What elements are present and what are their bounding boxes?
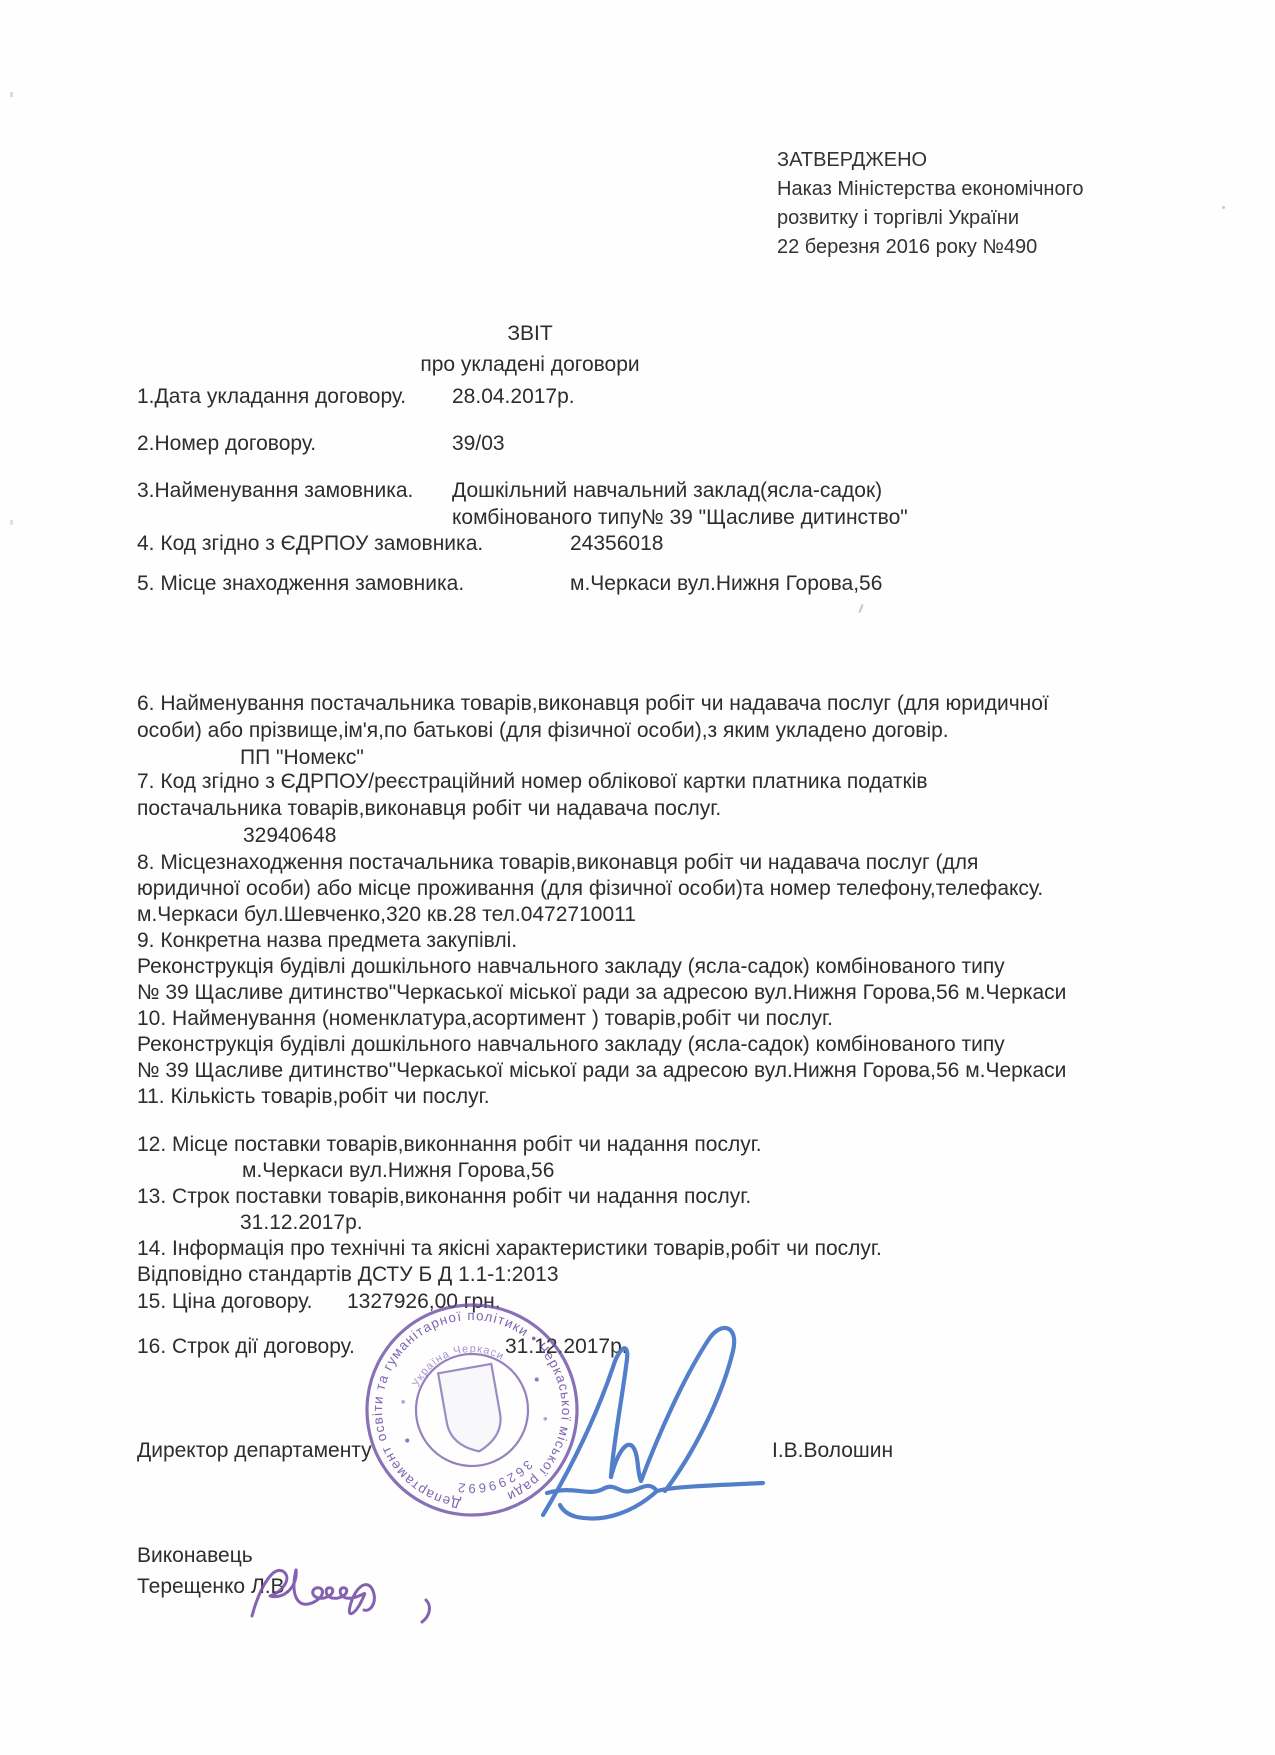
item-6-line: особи) або прізвище,ім'я,по батькові (дл… — [137, 718, 949, 744]
item-1-label: 1.Дата укладання договору. — [137, 384, 406, 410]
item-9-line: № 39 Щасливе дитинство"Черкаської місько… — [137, 980, 1066, 1006]
item-4-label: 4. Код згідно з ЄДРПОУ замовника. — [137, 531, 483, 557]
item-14-label: 14. Інформація про технічні та якісні ха… — [137, 1236, 882, 1262]
scanned-report-page: ЗАТВЕРДЖЕНО Наказ Міністерства економічн… — [0, 0, 1275, 1755]
item-11-label: 11. Кількість товарів,робіт чи послуг. — [137, 1084, 490, 1110]
director-signature-ink — [525, 1315, 785, 1530]
document-subtitle: про укладені договори — [280, 349, 780, 380]
item-4-value: 24356018 — [570, 531, 663, 557]
item-3-value-line: Дошкільний навчальний заклад(ясла-садок) — [452, 478, 882, 504]
item-9-line: Реконструкція будівлі дошкільного навчал… — [137, 954, 1005, 980]
stamp-dot — [401, 1400, 406, 1405]
item-13-value: 31.12.2017р. — [240, 1210, 363, 1236]
scan-artifact — [858, 604, 863, 613]
document-title: ЗВІТ — [280, 318, 780, 349]
item-10-line: 10. Найменування (номенклатура,асортимен… — [137, 1006, 833, 1032]
approval-block: ЗАТВЕРДЖЕНО Наказ Міністерства економічн… — [777, 146, 1084, 262]
item-1-value: 28.04.2017р. — [452, 384, 575, 410]
item-5-label: 5. Місце знаходження замовника. — [137, 571, 464, 597]
director-name: І.В.Волошин — [772, 1438, 893, 1464]
stamp-shield-emblem — [438, 1364, 506, 1456]
item-7-line: 7. Код згідно з ЄДРПОУ/реєстраційний ном… — [137, 769, 928, 795]
approval-line: 22 березня 2016 року №490 — [777, 233, 1084, 262]
document-title-block: ЗВІТ про укладені договори — [280, 318, 780, 380]
item-16-label: 16. Строк дії договору. — [137, 1334, 355, 1360]
item-8-value: м.Черкаси бул.Шевченко,320 кв.28 тел.047… — [137, 902, 636, 928]
item-2-value: 39/03 — [452, 431, 505, 457]
item-12-value: м.Черкаси вул.Нижня Горова,56 — [242, 1158, 554, 1184]
item-5-value: м.Черкаси вул.Нижня Горова,56 — [570, 571, 882, 597]
scan-artifact — [10, 92, 13, 97]
item-15-label: 15. Ціна договору. — [137, 1289, 312, 1315]
executor-signature-ink — [240, 1548, 450, 1633]
item-3-label: 3.Найменування замовника. — [137, 478, 413, 504]
approval-line: розвитку і торгівлі України — [777, 204, 1084, 233]
item-2-label: 2.Номер договору. — [137, 431, 316, 457]
item-7-line: постачальника товарів,виконавця робіт чи… — [137, 796, 721, 822]
scan-artifact — [10, 520, 13, 525]
executor-title: Виконавець — [137, 1543, 253, 1569]
item-10-line: Реконструкція будівлі дошкільного навчал… — [137, 1032, 1005, 1058]
item-12-label: 12. Місце поставки товарів,виконнання ро… — [137, 1132, 762, 1158]
item-9-line: 9. Конкретна назва предмета закупівлі. — [137, 928, 517, 954]
item-7-value: 32940648 — [243, 823, 336, 849]
item-8-line: 8. Місцезнаходження постачальника товарі… — [137, 850, 978, 876]
item-10-line: № 39 Щасливе дитинство"Черкаської місько… — [137, 1058, 1066, 1084]
item-13-label: 13. Строк поставки товарів,виконання роб… — [137, 1184, 751, 1210]
item-6-line: 6. Найменування постачальника товарів,ви… — [137, 691, 1049, 717]
approval-line: Наказ Міністерства економічного — [777, 175, 1084, 204]
item-14-value: Відповідно стандартів ДСТУ Б Д 1.1-1:201… — [137, 1262, 559, 1288]
scan-artifact — [1222, 206, 1225, 209]
item-8-line: юридичної особи) або місце проживання (д… — [137, 876, 1043, 902]
approval-line: ЗАТВЕРДЖЕНО — [777, 146, 1084, 175]
item-6-value: ПП "Номекс" — [240, 745, 364, 771]
stamp-dot — [405, 1438, 410, 1443]
director-title: Директор департаменту — [137, 1438, 372, 1464]
item-3-value-line: комбінованого типу№ 39 "Щасливе дитинств… — [452, 505, 908, 531]
